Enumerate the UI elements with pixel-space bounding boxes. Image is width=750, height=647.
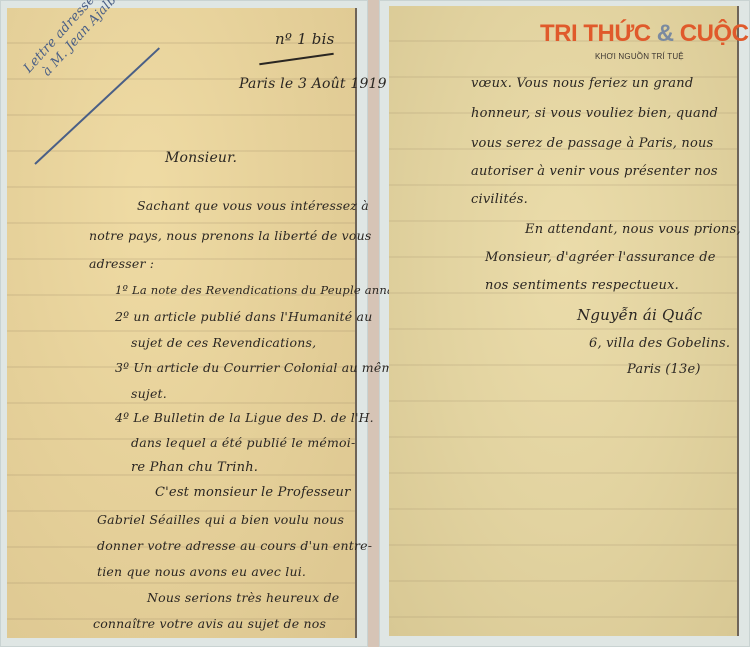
body-line: sujet de ces Revendications, (131, 335, 316, 350)
letter-date: Paris le 3 Août 1919 (239, 76, 387, 92)
logo-text-part2: CUỘC SỐNG (680, 20, 750, 47)
body-line: honneur, si vous vouliez bien, quand (471, 106, 718, 121)
address-line: 6, villa des Gobelins. (589, 336, 730, 351)
body-line: vœux. Vous nous feriez un grand (471, 76, 693, 91)
body-line: dans lequel a été publié le mémoi- (131, 435, 355, 450)
body-line: donner votre adresse au cours d'un entre… (97, 538, 372, 553)
body-line: re Phan chu Trinh. (131, 460, 258, 475)
logo-text-part1: TRI THỨC (540, 20, 651, 47)
letter-page-2: vœux. Vous nous feriez un grand honneur,… (389, 6, 739, 636)
body-line: Gabriel Séailles qui a bien voulu nous (97, 512, 344, 527)
body-line: Sachant que vous vous intéressez à (137, 198, 369, 213)
pencil-annotation: Lettre adressée à M. Jean Ajalbert (21, 0, 134, 87)
letter-page-1: Lettre adressée à M. Jean Ajalbert nº 1 … (7, 8, 357, 638)
body-line: 3º Un article du Courrier Colonial au mê… (115, 360, 401, 375)
publisher-logo: TRI THỨC & CUỘC SỐNG KHƠI NGUỒN TRÍ TUỆ (540, 20, 745, 65)
body-line: civilités. (471, 192, 528, 207)
logo-ampersand: & (657, 20, 674, 47)
body-line: connaître votre avis au sujet de nos (93, 616, 326, 631)
body-line: notre pays, nous prenons la liberté de v… (89, 228, 371, 243)
body-line: C'est monsieur le Professeur (155, 485, 351, 500)
body-line: Nous serions très heureux de (147, 590, 339, 605)
body-line: 1º La note des Revendications du Peuple … (115, 283, 425, 297)
address-line: Paris (13e) (627, 362, 701, 377)
body-line: En attendant, nous vous prions, (525, 222, 741, 237)
body-line: sujet. (131, 386, 167, 401)
logo-tagline: KHƠI NGUỒN TRÍ TUỆ (595, 52, 684, 61)
signature: Nguyễn ái Quấc (577, 306, 702, 324)
body-line: tien que nous avons eu avec lui. (97, 564, 306, 579)
reference-underline (259, 53, 334, 65)
salutation: Monsieur. (165, 150, 237, 166)
body-line: vous serez de passage à Paris, nous (471, 136, 713, 151)
body-line: adresser : (89, 256, 154, 271)
body-line: nos sentiments respectueux. (485, 278, 679, 293)
body-line: autoriser à venir vous présenter nos (471, 164, 718, 179)
logo-wordmark: TRI THỨC & CUỘC SỐNG (540, 20, 750, 48)
body-line: 4º Le Bulletin de la Ligue des D. de l'H… (115, 410, 374, 425)
body-line: Monsieur, d'agréer l'assurance de (485, 250, 716, 265)
reference-number: nº 1 bis (275, 30, 335, 48)
body-line: 2º un article publié dans l'Humanité au (115, 309, 372, 324)
